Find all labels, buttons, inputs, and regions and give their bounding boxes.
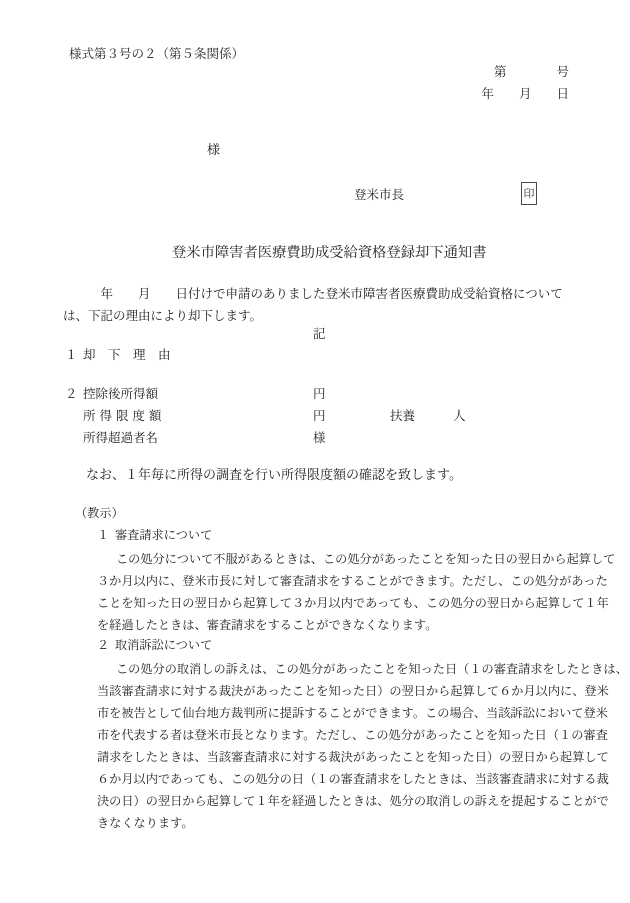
revocation-suit-heading-row: ２ 取消訴訟について (0, 636, 630, 658)
rejection-reason-label: 却 下 理 由 (83, 345, 171, 363)
recipient-honorific: 様 (207, 139, 220, 158)
seal-stamp-placeholder: 印 (521, 182, 537, 205)
revocation-suit-title: 取消訴訟について (115, 636, 212, 653)
annual-check-note: なお、１年毎に所得の調査を行い所得限度額の確認を致します。 (86, 464, 462, 483)
appeal-request-heading-row: １ 審査請求について (0, 526, 630, 548)
revocation-suit-paragraph: この処分の取消しの訴えは、この処分があったことを知った日（１の審査請求をしたとき… (97, 658, 630, 834)
income-limit-label: 所 得 限 度 額 (83, 406, 161, 424)
form-number: 様式第３号の２（第５条関係） (69, 44, 244, 62)
appeal-instructions-heading: （教示） (75, 504, 124, 521)
income-limit-row: 所 得 限 度 額 円 扶養 人 (0, 406, 630, 428)
issuer-name: 登米市長 (354, 185, 404, 203)
appeal-request-title: 審査請求について (115, 526, 212, 543)
deducted-income-label: 控除後所得額 (83, 384, 158, 402)
appeal-request-paragraph: この処分について不服があるときは、この処分があったことを知った日の翌日から起算し… (97, 548, 630, 636)
deducted-income-row: ２ 控除後所得額 円 (0, 384, 630, 406)
document-page: 様式第３号の２（第５条関係） 第 号 年 月 日 様 登米市長 印 登米市障害者… (0, 0, 630, 903)
record-marker: 記 (313, 324, 326, 342)
revocation-suit-number: ２ (97, 636, 109, 653)
dependents-unit: 人 (453, 406, 466, 424)
appeal-request-number: １ (97, 526, 109, 543)
income-section-number: ２ (65, 384, 78, 402)
dependents-label: 扶養 (390, 406, 415, 424)
rejection-reason-row: １ 却 下 理 由 (0, 345, 630, 367)
intro-paragraph: 年 月 日付けで申請のありました登米市障害者医療費助成受給資格について は、下記… (63, 283, 603, 327)
over-income-person-label: 所得超過者名 (83, 428, 158, 446)
income-limit-unit: 円 (313, 406, 326, 424)
document-date-line: 年 月 日 (481, 84, 569, 102)
over-income-person-row: 所得超過者名 様 (0, 428, 630, 450)
rejection-reason-number: １ (65, 345, 78, 363)
document-title: 登米市障害者医療費助成受給資格登録却下通知書 (172, 242, 487, 262)
deducted-income-unit: 円 (313, 384, 326, 402)
document-number-line: 第 号 (494, 62, 569, 80)
over-income-person-honorific: 様 (313, 428, 326, 446)
